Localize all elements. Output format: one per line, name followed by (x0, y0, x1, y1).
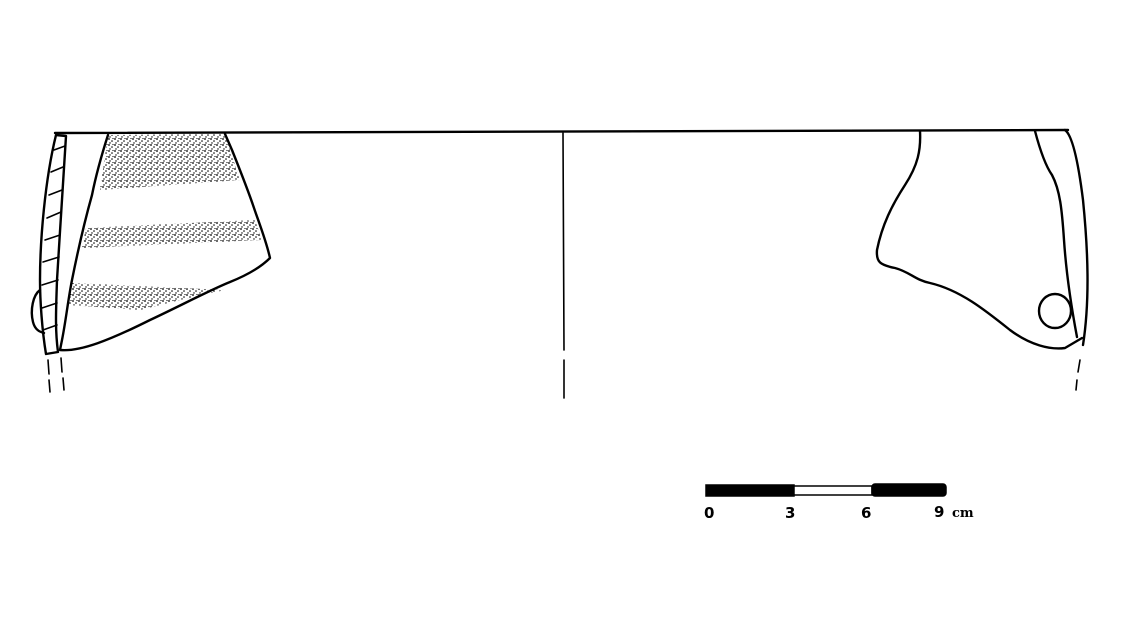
scale-tick-9: 9 (934, 503, 944, 521)
scale-tick-0: 0 (704, 504, 714, 522)
perforation-hole (1039, 294, 1071, 328)
scale-tick-3: 3 (785, 504, 795, 522)
scale-tick-6: 6 (861, 504, 871, 522)
center-axis (563, 133, 564, 398)
profile-continuation (1076, 360, 1080, 390)
decoration-bands (68, 134, 262, 310)
right-sherd (877, 130, 1088, 390)
scale-bar: 0 3 6 9 cm (704, 484, 974, 522)
rim-line (55, 130, 1068, 133)
scale-unit: cm (952, 506, 974, 521)
sherd-drawing: 0 3 6 9 cm (0, 0, 1129, 627)
left-sherd (32, 134, 270, 392)
profile-continuation (48, 358, 64, 392)
section-hatching (42, 146, 65, 330)
